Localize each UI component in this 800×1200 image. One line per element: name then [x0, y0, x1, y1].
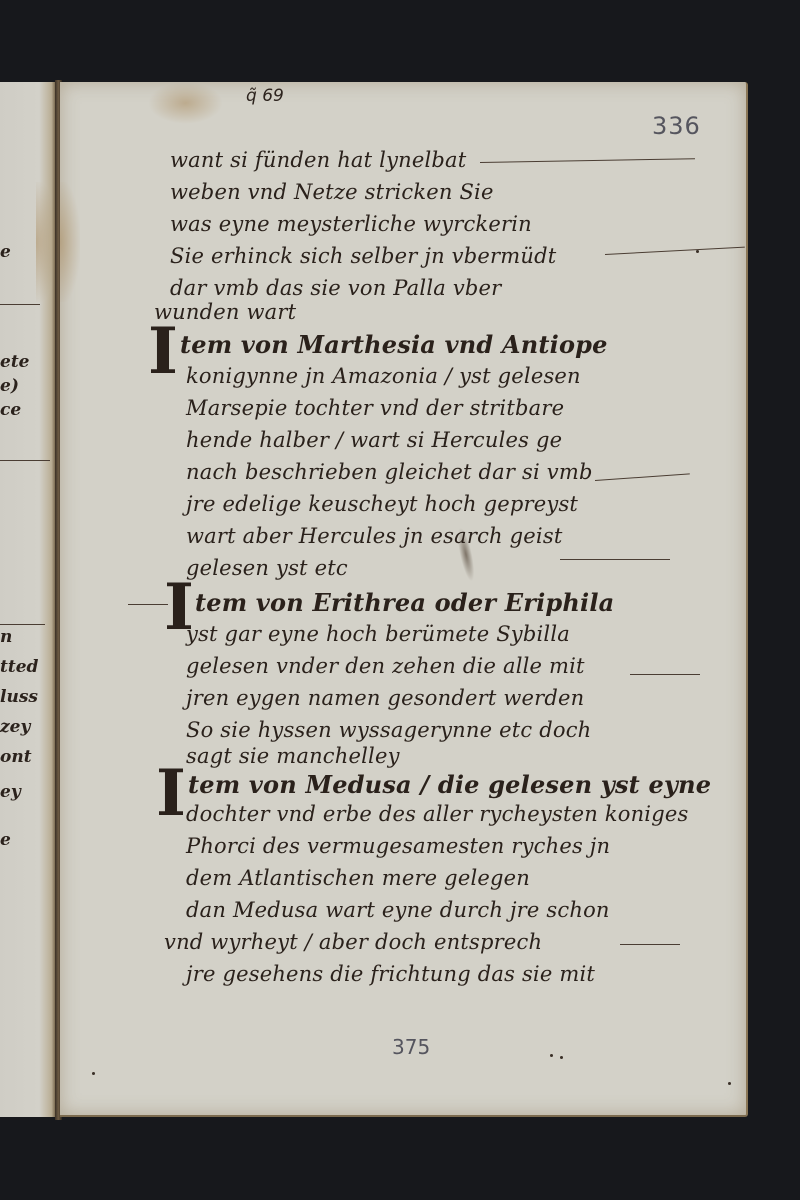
heading-line: tem von Erithrea oder Eriphila — [195, 588, 614, 617]
text-line: So sie hyssen wyssagerynne etc doch — [186, 718, 591, 742]
text-line: dar vmb das sie von Palla vber — [170, 276, 501, 300]
paragraph-mark-stroke — [128, 604, 168, 605]
modern-page-number: 375 — [392, 1035, 430, 1059]
heading-line: tem von Marthesia vnd Antiope — [180, 330, 608, 359]
margin-stroke — [0, 624, 45, 625]
paper-speck — [550, 1054, 553, 1057]
text-line: was eyne meysterliche wyrckerin — [170, 212, 532, 236]
line-filler-stroke — [620, 944, 680, 945]
water-stain — [36, 182, 56, 302]
text-line: yst gar eyne hoch berümete Sybilla — [186, 622, 570, 646]
text-line: Sie erhinck sich selber jn vbermüdt — [170, 244, 556, 268]
left-page-text-fragment: e — [0, 242, 11, 262]
left-page-text-fragment: ete — [0, 352, 29, 372]
line-filler-stroke — [595, 473, 690, 481]
paper-speck — [696, 250, 699, 253]
margin-stroke — [0, 460, 50, 461]
left-page-text-fragment: ce — [0, 400, 21, 420]
text-line: jre edelige keuscheyt hoch gepreyst — [186, 492, 578, 516]
line-filler-stroke — [630, 674, 700, 675]
text-line: hende halber / wart si Hercules ge — [186, 428, 562, 452]
text-line: gelesen yst etc — [186, 556, 348, 580]
left-page-text-fragment: e) — [0, 376, 19, 396]
quire-mark: q̃ 69 — [246, 86, 284, 106]
paper-speck — [560, 1056, 563, 1059]
left-page-text-fragment: tted — [0, 657, 38, 677]
text-line: konigynne jn Amazonia / yst gelesen — [186, 364, 581, 388]
text-line: dem Atlantischen mere gelegen — [186, 866, 530, 890]
left-page-text-fragment: luss — [0, 687, 38, 707]
text-line: jre gesehens die frichtung das sie mit — [186, 962, 595, 986]
line-filler-stroke — [605, 247, 745, 255]
folio-number: 336 — [652, 112, 701, 140]
heading-line: tem von Medusa / die gelesen yst eyne — [188, 770, 711, 799]
decorated-initial: I — [148, 320, 178, 384]
water-stain — [148, 82, 223, 124]
margin-stroke — [0, 304, 40, 305]
text-line: wart aber Hercules jn esarch geist — [186, 524, 562, 548]
left-page-text-fragment: ey — [0, 782, 21, 802]
left-page-text-fragment: e — [0, 830, 11, 850]
text-line: vnd wyrheyt / aber doch entsprech — [164, 930, 542, 954]
line-filler-stroke — [560, 559, 670, 560]
paper-speck — [728, 1082, 731, 1085]
text-line: nach beschrieben gleichet dar si vmb — [186, 460, 593, 484]
left-page-edge: e ete e) ce n tted luss zey ont ey e — [0, 82, 56, 1117]
manuscript-page: q̃ 69 336 want si fünden hat lynelbat we… — [60, 82, 748, 1117]
gutter-stain — [60, 182, 80, 302]
text-line: jren eygen namen gesondert werden — [186, 686, 584, 710]
decorated-initial: I — [156, 762, 186, 826]
text-line: weben vnd Netze stricken Sie — [170, 180, 494, 204]
left-page-text-fragment: zey — [0, 717, 30, 737]
text-line: dan Medusa wart eyne durch jre schon — [186, 898, 610, 922]
left-page-text-fragment: n — [0, 627, 12, 647]
text-line: gelesen vnder den zehen die alle mit — [186, 654, 585, 678]
text-line: want si fünden hat lynelbat — [170, 148, 466, 172]
text-line: Phorci des vermugesamesten ryches jn — [186, 834, 610, 858]
line-filler-stroke — [480, 158, 695, 163]
text-line: dochter vnd erbe des aller rycheysten ko… — [186, 802, 688, 826]
paper-speck — [92, 1072, 95, 1075]
text-line: sagt sie manchelley — [186, 744, 400, 768]
left-page-text-fragment: ont — [0, 747, 32, 767]
text-line: Marsepie tochter vnd der stritbare — [186, 396, 564, 420]
